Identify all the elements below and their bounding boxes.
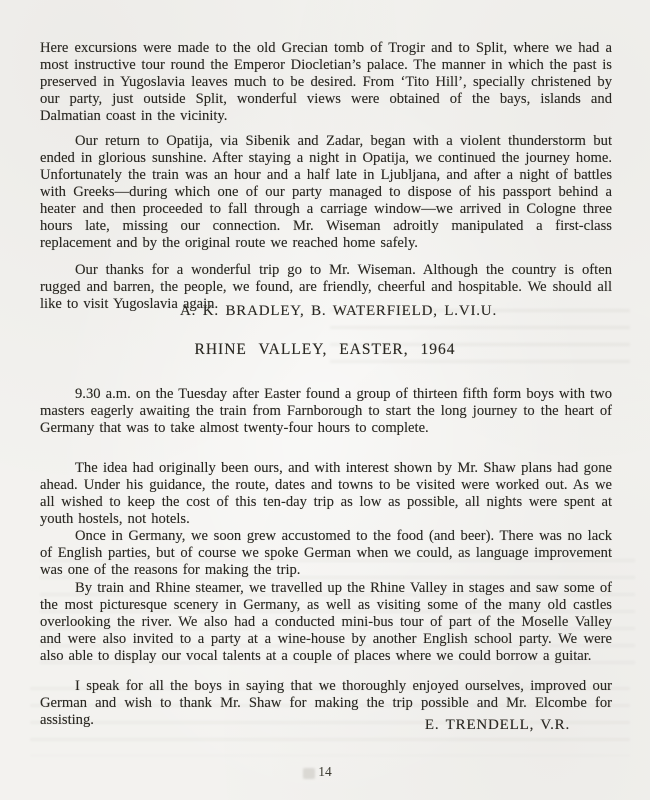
page-number: 14 [0,764,650,780]
yugoslavia-attribution: A. K. BRADLEY, B. WATERFIELD, L.VI.U. [180,303,497,320]
rhine-signature: E. TRENDELL, V.R. [425,717,570,734]
yugoslavia-paragraph-2: Our return to Opatija, via Sibenik and Z… [40,133,612,252]
magazine-page: Here excursions were made to the old Gre… [0,0,650,800]
rhine-paragraph-4: By train and Rhine steamer, we travelled… [40,580,612,665]
rhine-paragraph-3: Once in Germany, we soon grew accustomed… [40,528,612,579]
rhine-valley-heading: RHINE VALLEY, EASTER, 1964 [0,341,650,359]
yugoslavia-paragraph-1: Here excursions were made to the old Gre… [40,40,612,125]
rhine-paragraph-1: 9.30 a.m. on the Tuesday after Easter fo… [40,386,612,437]
rhine-paragraph-2: The idea had originally been ours, and w… [40,460,612,528]
